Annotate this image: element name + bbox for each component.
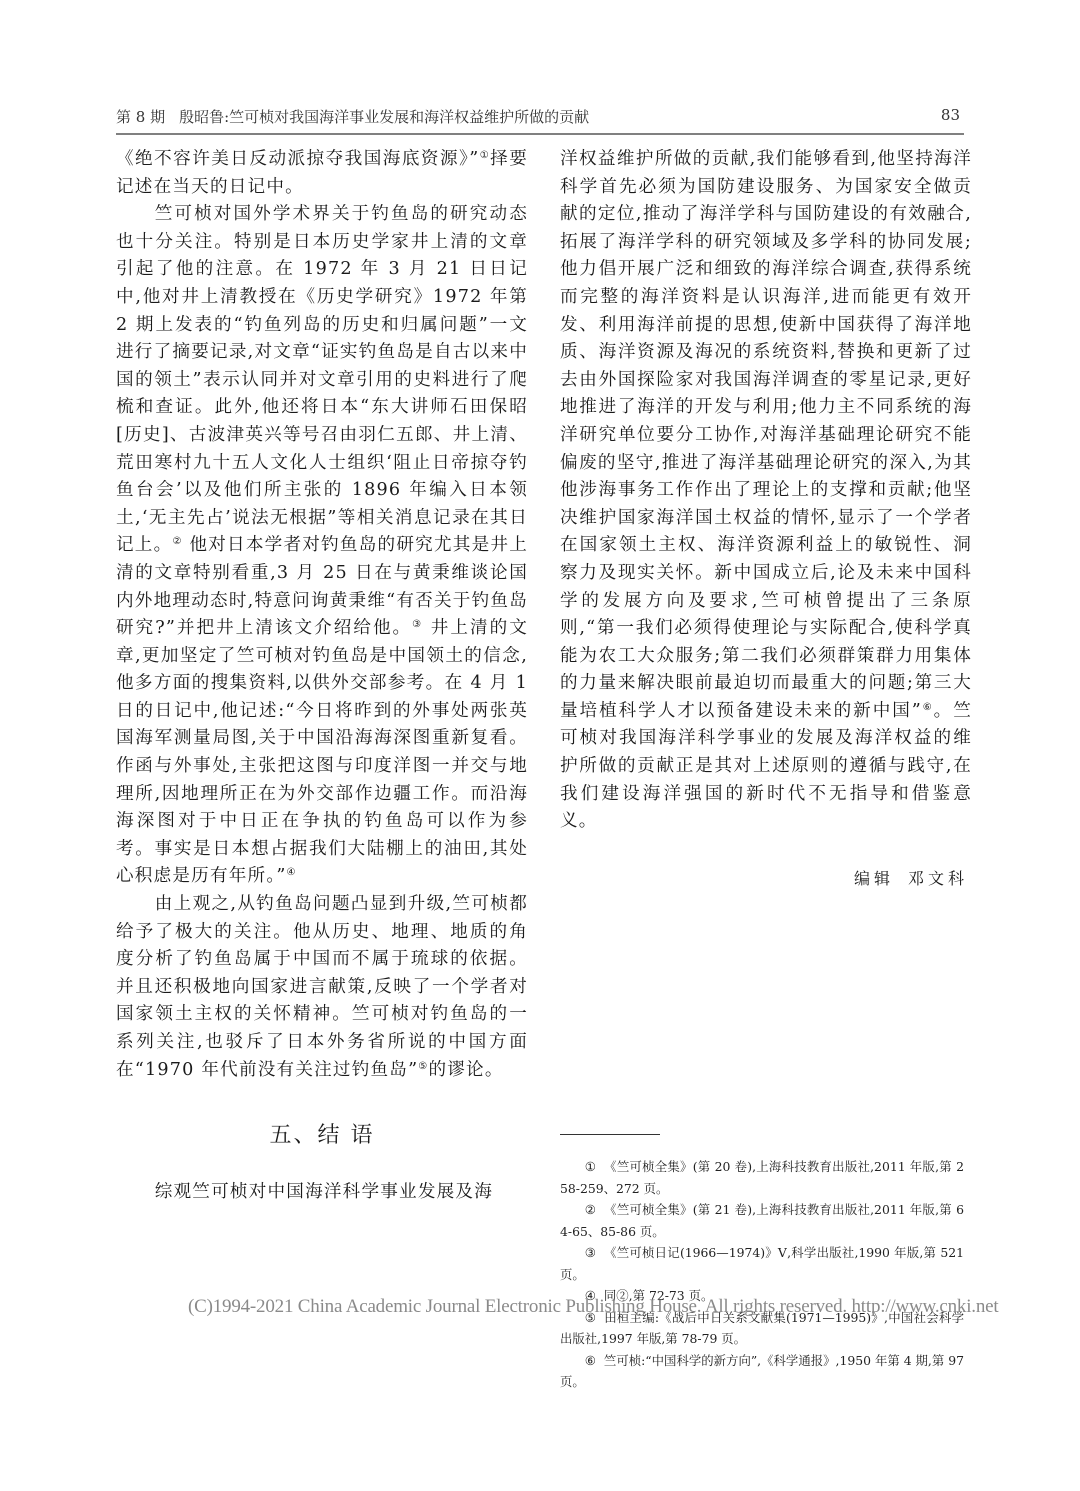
footnote-number: ③ — [585, 1245, 596, 1260]
paragraph-text: 《绝不容许美日反动派掠夺我国海底资源》” — [116, 149, 479, 169]
footnotes: ①《竺可桢全集》(第 20 卷),上海科技教育出版社,2011 年版,第 258… — [560, 1156, 964, 1393]
running-title: 殷昭鲁:竺可桢对我国海洋事业发展和海洋权益维护所做的贡献 — [179, 108, 589, 126]
paragraph: 《绝不容许美日反动派掠夺我国海底资源》”①择要记述在当天的日记中。 — [116, 146, 528, 201]
editor-name: 邓文科 — [908, 869, 968, 888]
footnote-number: ② — [585, 1202, 596, 1217]
issue-number: 第 8 期 — [116, 108, 165, 126]
footnote-number: ① — [585, 1159, 596, 1174]
paragraph-text: 洋权益维护所做的贡献,我们能够看到,他坚持海洋科学首先必须为国防建设服务、为国家… — [560, 149, 972, 721]
running-header: 第 8 期殷昭鲁:竺可桢对我国海洋事业发展和海洋权益维护所做的贡献 83 — [116, 104, 964, 128]
paragraph-text: 竺可桢对国外学术界关于钓鱼岛的研究动态也十分关注。特别是日本历史学家井上清的文章… — [116, 204, 528, 555]
paragraph: 洋权益维护所做的贡献,我们能够看到,他坚持海洋科学首先必须为国防建设服务、为国家… — [560, 146, 972, 836]
footnote-ref[interactable]: ⑥ — [922, 702, 934, 713]
section-heading: 五、结 语 — [116, 1118, 528, 1149]
copyright-watermark: (C)1994-2021 China Academic Journal Elec… — [188, 1296, 998, 1318]
page-number: 83 — [941, 106, 960, 124]
footnote-divider — [560, 1134, 660, 1135]
footnote-text: 《竺可桢全集》(第 21 卷),上海科技教育出版社,2011 年版,第 64-6… — [560, 1202, 964, 1239]
footnote: ⑥竺可桢:“中国科学的新方向”,《科学通报》,1950 年第 4 期,第 97 … — [560, 1350, 964, 1393]
editor-credit: 编辑邓文科 — [560, 866, 972, 889]
editor-label: 编辑 — [854, 869, 894, 888]
paragraph-text: 的谬论。 — [428, 1060, 503, 1080]
header-rule — [116, 133, 964, 135]
footnote-ref[interactable]: ⑤ — [418, 1061, 428, 1072]
footnote-text: 《竺可桢全集》(第 20 卷),上海科技教育出版社,2011 年版,第 258-… — [560, 1159, 964, 1196]
footnote-number: ⑥ — [585, 1353, 596, 1368]
paragraph: 综观竺可桢对中国海洋科学事业发展及海 — [116, 1179, 528, 1207]
paragraph: 由上观之,从钓鱼岛问题凸显到升级,竺可桢都给予了极大的关注。他从历史、地理、地质… — [116, 891, 528, 1084]
right-column: 洋权益维护所做的贡献,我们能够看到,他坚持海洋科学首先必须为国防建设服务、为国家… — [560, 146, 972, 889]
header-left: 第 8 期殷昭鲁:竺可桢对我国海洋事业发展和海洋权益维护所做的贡献 — [116, 106, 589, 127]
paragraph-text: 由上观之,从钓鱼岛问题凸显到升级,竺可桢都给予了极大的关注。他从历史、地理、地质… — [116, 894, 528, 1080]
footnote-ref[interactable]: ① — [479, 150, 490, 161]
footnote-text: 《竺可桢日记(1966—1974)》Ⅴ,科学出版社,1990 年版,第 521 … — [560, 1245, 964, 1282]
footnote-text: 竺可桢:“中国科学的新方向”,《科学通报》,1950 年第 4 期,第 97 页… — [560, 1353, 964, 1390]
left-column: 《绝不容许美日反动派掠夺我国海底资源》”①择要记述在当天的日记中。 竺可桢对国外… — [116, 146, 528, 1207]
footnote-ref[interactable]: ② — [172, 536, 182, 547]
paragraph-text: 井上清的文章,更加坚定了竺可桢对钓鱼岛是中国领土的信念,他多方面的搜集资料,以供… — [116, 618, 528, 886]
footnote: ②《竺可桢全集》(第 21 卷),上海科技教育出版社,2011 年版,第 64-… — [560, 1199, 964, 1242]
footnote-ref[interactable]: ④ — [287, 867, 297, 878]
paragraph: 竺可桢对国外学术界关于钓鱼岛的研究动态也十分关注。特别是日本历史学家井上清的文章… — [116, 201, 528, 891]
footnote-ref[interactable]: ③ — [412, 619, 423, 630]
footnote: ①《竺可桢全集》(第 20 卷),上海科技教育出版社,2011 年版,第 258… — [560, 1156, 964, 1199]
footnote: ③《竺可桢日记(1966—1974)》Ⅴ,科学出版社,1990 年版,第 521… — [560, 1242, 964, 1285]
